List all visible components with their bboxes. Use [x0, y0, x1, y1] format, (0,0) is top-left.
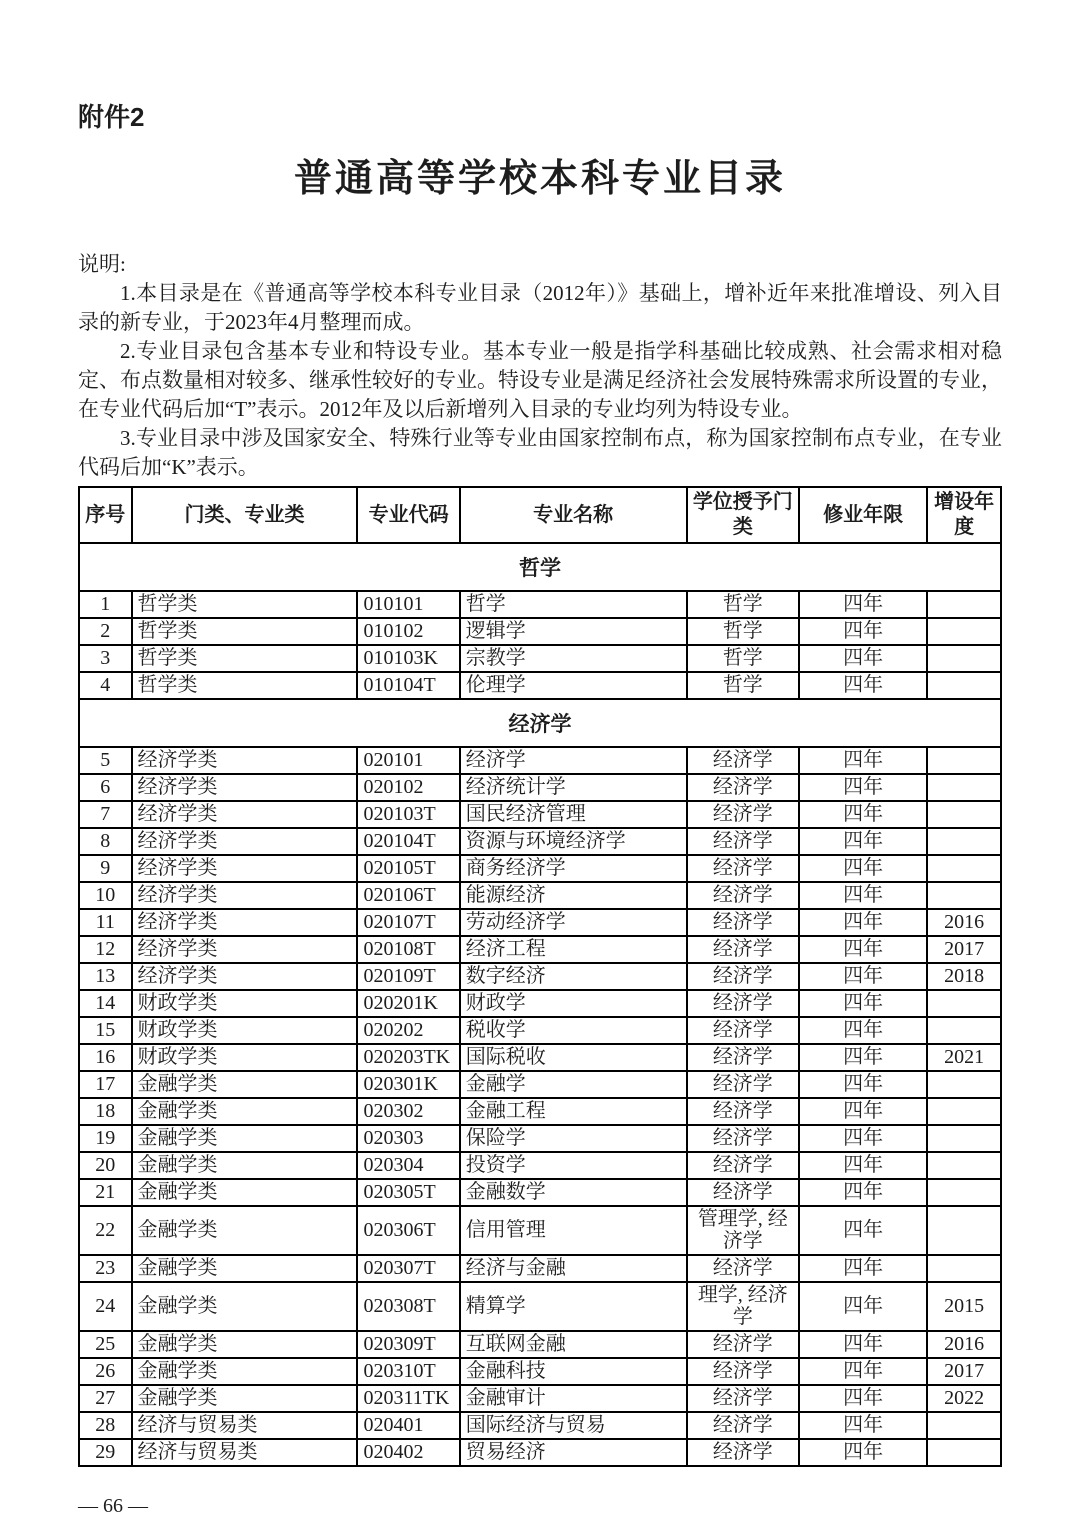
note-paragraph-3: 3.专业目录中涉及国家安全、特殊行业等专业由国家控制布点，称为国家控制布点专业，… — [78, 424, 1002, 482]
table-row: 12经济学类020108T经济工程经济学四年2017 — [79, 936, 1001, 963]
cell-degree: 经济学 — [687, 801, 799, 828]
header-cell-no: 序号 — [79, 487, 132, 543]
cell-code: 020307T — [357, 1255, 459, 1282]
cell-year_added — [927, 645, 1001, 672]
cell-years: 四年 — [799, 1179, 927, 1206]
cell-no: 27 — [79, 1385, 132, 1412]
cell-name: 能源经济 — [460, 882, 687, 909]
table-row: 18金融学类020302金融工程经济学四年 — [79, 1098, 1001, 1125]
cell-degree: 哲学 — [687, 618, 799, 645]
table-row: 17金融学类020301K金融学经济学四年 — [79, 1071, 1001, 1098]
cell-year_added — [927, 990, 1001, 1017]
cell-code: 010104T — [357, 672, 459, 699]
cell-year_added — [927, 1255, 1001, 1282]
cell-year_added — [927, 1179, 1001, 1206]
header-cell-name: 专业名称 — [460, 487, 687, 543]
cell-years: 四年 — [799, 1017, 927, 1044]
cell-name: 经济统计学 — [460, 774, 687, 801]
cell-code: 020107T — [357, 909, 459, 936]
cell-degree: 经济学 — [687, 774, 799, 801]
cell-name: 劳动经济学 — [460, 909, 687, 936]
cell-degree: 管理学, 经济学 — [687, 1206, 799, 1255]
table-row: 28经济与贸易类020401国际经济与贸易经济学四年 — [79, 1412, 1001, 1439]
cell-code: 020302 — [357, 1098, 459, 1125]
cell-year_added — [927, 855, 1001, 882]
cell-code: 020402 — [357, 1439, 459, 1466]
cell-year_added — [927, 672, 1001, 699]
cell-code: 020311TK — [357, 1385, 459, 1412]
cell-degree: 哲学 — [687, 672, 799, 699]
header-cell-year-added: 增设年度 — [927, 487, 1001, 543]
table-header-row: 序号 门类、专业类 专业代码 专业名称 学位授予门类 修业年限 增设年度 — [79, 487, 1001, 543]
cell-code: 010101 — [357, 591, 459, 618]
cell-name: 哲学 — [460, 591, 687, 618]
cell-no: 12 — [79, 936, 132, 963]
cell-no: 16 — [79, 1044, 132, 1071]
cell-category: 金融学类 — [132, 1331, 358, 1358]
cell-name: 保险学 — [460, 1125, 687, 1152]
page-title: 普通高等学校本科专业目录 — [78, 154, 1002, 204]
cell-code: 020102 — [357, 774, 459, 801]
table-row: 10经济学类020106T能源经济经济学四年 — [79, 882, 1001, 909]
cell-no: 14 — [79, 990, 132, 1017]
cell-years: 四年 — [799, 672, 927, 699]
cell-code: 020401 — [357, 1412, 459, 1439]
cell-category: 财政学类 — [132, 1017, 358, 1044]
cell-code: 020101 — [357, 747, 459, 774]
cell-name: 国际经济与贸易 — [460, 1412, 687, 1439]
table-row: 6经济学类020102经济统计学经济学四年 — [79, 774, 1001, 801]
cell-year_added: 2017 — [927, 936, 1001, 963]
cell-year_added: 2017 — [927, 1358, 1001, 1385]
cell-category: 金融学类 — [132, 1152, 358, 1179]
cell-name: 财政学 — [460, 990, 687, 1017]
cell-years: 四年 — [799, 1098, 927, 1125]
cell-degree: 经济学 — [687, 963, 799, 990]
catalog-table-body: 哲学1哲学类010101哲学哲学四年2哲学类010102逻辑学哲学四年3哲学类0… — [79, 543, 1001, 1466]
cell-name: 投资学 — [460, 1152, 687, 1179]
cell-year_added: 2015 — [927, 1282, 1001, 1331]
cell-years: 四年 — [799, 936, 927, 963]
cell-years: 四年 — [799, 1071, 927, 1098]
table-row: 5经济学类020101经济学经济学四年 — [79, 747, 1001, 774]
cell-year_added — [927, 591, 1001, 618]
cell-code: 020308T — [357, 1282, 459, 1331]
cell-category: 哲学类 — [132, 672, 358, 699]
table-section-row: 哲学 — [79, 543, 1001, 591]
cell-degree: 哲学 — [687, 645, 799, 672]
cell-years: 四年 — [799, 909, 927, 936]
cell-years: 四年 — [799, 1282, 927, 1331]
cell-years: 四年 — [799, 774, 927, 801]
cell-name: 经济与金融 — [460, 1255, 687, 1282]
cell-name: 精算学 — [460, 1282, 687, 1331]
cell-name: 金融数学 — [460, 1179, 687, 1206]
cell-no: 7 — [79, 801, 132, 828]
table-row: 7经济学类020103T国民经济管理经济学四年 — [79, 801, 1001, 828]
cell-years: 四年 — [799, 963, 927, 990]
cell-name: 经济学 — [460, 747, 687, 774]
cell-year_added — [927, 1098, 1001, 1125]
cell-code: 020306T — [357, 1206, 459, 1255]
cell-category: 财政学类 — [132, 990, 358, 1017]
cell-year_added — [927, 618, 1001, 645]
cell-category: 经济学类 — [132, 801, 358, 828]
cell-name: 税收学 — [460, 1017, 687, 1044]
cell-name: 商务经济学 — [460, 855, 687, 882]
cell-year_added — [927, 774, 1001, 801]
cell-category: 哲学类 — [132, 591, 358, 618]
cell-year_added: 2021 — [927, 1044, 1001, 1071]
cell-no: 26 — [79, 1358, 132, 1385]
cell-name: 金融学 — [460, 1071, 687, 1098]
cell-year_added — [927, 801, 1001, 828]
cell-code: 020303 — [357, 1125, 459, 1152]
cell-years: 四年 — [799, 1152, 927, 1179]
page-number: — 66 — — [78, 1493, 1002, 1519]
cell-year_added — [927, 1206, 1001, 1255]
note-paragraph-2: 2.专业目录包含基本专业和特设专业。基本专业一般是指学科基础比较成熟、社会需求相… — [78, 337, 1002, 424]
cell-code: 020305T — [357, 1179, 459, 1206]
cell-code: 020106T — [357, 882, 459, 909]
cell-name: 金融审计 — [460, 1385, 687, 1412]
note-paragraph-1: 1.本目录是在《普通高等学校本科专业目录（2012年）》基础上，增补近年来批准增… — [78, 279, 1002, 337]
cell-no: 10 — [79, 882, 132, 909]
cell-degree: 经济学 — [687, 1098, 799, 1125]
cell-degree: 哲学 — [687, 591, 799, 618]
major-catalog-table: 序号 门类、专业类 专业代码 专业名称 学位授予门类 修业年限 增设年度 哲学1… — [78, 486, 1002, 1467]
cell-degree: 经济学 — [687, 990, 799, 1017]
cell-no: 1 — [79, 591, 132, 618]
cell-category: 经济学类 — [132, 774, 358, 801]
cell-no: 24 — [79, 1282, 132, 1331]
cell-year_added — [927, 1439, 1001, 1466]
cell-name: 资源与环境经济学 — [460, 828, 687, 855]
cell-category: 金融学类 — [132, 1282, 358, 1331]
cell-category: 金融学类 — [132, 1255, 358, 1282]
cell-degree: 理学, 经济学 — [687, 1282, 799, 1331]
cell-degree: 经济学 — [687, 1152, 799, 1179]
section-label: 哲学 — [79, 543, 1001, 591]
cell-category: 哲学类 — [132, 618, 358, 645]
cell-degree: 经济学 — [687, 936, 799, 963]
cell-years: 四年 — [799, 1439, 927, 1466]
cell-category: 经济学类 — [132, 909, 358, 936]
cell-years: 四年 — [799, 1412, 927, 1439]
cell-degree: 经济学 — [687, 1439, 799, 1466]
table-row: 20金融学类020304投资学经济学四年 — [79, 1152, 1001, 1179]
cell-name: 国民经济管理 — [460, 801, 687, 828]
cell-name: 贸易经济 — [460, 1439, 687, 1466]
notes-heading: 说明: — [78, 250, 1002, 279]
cell-years: 四年 — [799, 1125, 927, 1152]
cell-years: 四年 — [799, 645, 927, 672]
cell-degree: 经济学 — [687, 1358, 799, 1385]
section-label: 经济学 — [79, 699, 1001, 747]
cell-name: 伦理学 — [460, 672, 687, 699]
table-row: 3哲学类010103K宗教学哲学四年 — [79, 645, 1001, 672]
cell-degree: 经济学 — [687, 855, 799, 882]
cell-degree: 经济学 — [687, 1255, 799, 1282]
header-cell-years: 修业年限 — [799, 487, 927, 543]
cell-code: 020304 — [357, 1152, 459, 1179]
cell-no: 11 — [79, 909, 132, 936]
cell-degree: 经济学 — [687, 1179, 799, 1206]
cell-year_added: 2022 — [927, 1385, 1001, 1412]
table-row: 8经济学类020104T资源与环境经济学经济学四年 — [79, 828, 1001, 855]
cell-no: 8 — [79, 828, 132, 855]
cell-degree: 经济学 — [687, 1125, 799, 1152]
cell-code: 020201K — [357, 990, 459, 1017]
table-row: 2哲学类010102逻辑学哲学四年 — [79, 618, 1001, 645]
cell-category: 金融学类 — [132, 1098, 358, 1125]
cell-degree: 经济学 — [687, 1044, 799, 1071]
cell-years: 四年 — [799, 828, 927, 855]
cell-category: 经济学类 — [132, 963, 358, 990]
cell-no: 28 — [79, 1412, 132, 1439]
table-row: 29经济与贸易类020402贸易经济经济学四年 — [79, 1439, 1001, 1466]
cell-year_added: 2018 — [927, 963, 1001, 990]
cell-name: 数字经济 — [460, 963, 687, 990]
cell-no: 25 — [79, 1331, 132, 1358]
cell-no: 20 — [79, 1152, 132, 1179]
cell-year_added — [927, 1071, 1001, 1098]
cell-category: 经济与贸易类 — [132, 1412, 358, 1439]
table-row: 9经济学类020105T商务经济学经济学四年 — [79, 855, 1001, 882]
cell-year_added — [927, 1412, 1001, 1439]
header-cell-code: 专业代码 — [357, 487, 459, 543]
cell-code: 020202 — [357, 1017, 459, 1044]
cell-year_added: 2016 — [927, 1331, 1001, 1358]
table-row: 25金融学类020309T互联网金融经济学四年2016 — [79, 1331, 1001, 1358]
cell-code: 020104T — [357, 828, 459, 855]
cell-code: 020103T — [357, 801, 459, 828]
cell-degree: 经济学 — [687, 1412, 799, 1439]
table-row: 16财政学类020203TK国际税收经济学四年2021 — [79, 1044, 1001, 1071]
cell-category: 经济学类 — [132, 828, 358, 855]
document-page: 附件2 普通高等学校本科专业目录 说明: 1.本目录是在《普通高等学校本科专业目… — [78, 0, 1002, 1519]
cell-years: 四年 — [799, 855, 927, 882]
cell-no: 21 — [79, 1179, 132, 1206]
cell-no: 15 — [79, 1017, 132, 1044]
cell-years: 四年 — [799, 882, 927, 909]
cell-year_added — [927, 828, 1001, 855]
cell-years: 四年 — [799, 990, 927, 1017]
cell-category: 金融学类 — [132, 1179, 358, 1206]
table-row: 13经济学类020109T数字经济经济学四年2018 — [79, 963, 1001, 990]
cell-years: 四年 — [799, 1255, 927, 1282]
attachment-label: 附件2 — [78, 100, 1002, 134]
cell-no: 13 — [79, 963, 132, 990]
cell-name: 信用管理 — [460, 1206, 687, 1255]
cell-category: 金融学类 — [132, 1206, 358, 1255]
table-row: 1哲学类010101哲学哲学四年 — [79, 591, 1001, 618]
cell-no: 29 — [79, 1439, 132, 1466]
cell-category: 经济学类 — [132, 882, 358, 909]
cell-no: 4 — [79, 672, 132, 699]
cell-years: 四年 — [799, 1331, 927, 1358]
table-row: 19金融学类020303保险学经济学四年 — [79, 1125, 1001, 1152]
cell-years: 四年 — [799, 1358, 927, 1385]
cell-code: 010102 — [357, 618, 459, 645]
cell-category: 金融学类 — [132, 1385, 358, 1412]
table-row: 22金融学类020306T信用管理管理学, 经济学四年 — [79, 1206, 1001, 1255]
table-section-row: 经济学 — [79, 699, 1001, 747]
table-row: 14财政学类020201K财政学经济学四年 — [79, 990, 1001, 1017]
cell-category: 经济学类 — [132, 855, 358, 882]
cell-degree: 经济学 — [687, 909, 799, 936]
cell-category: 经济学类 — [132, 936, 358, 963]
cell-name: 互联网金融 — [460, 1331, 687, 1358]
cell-code: 020301K — [357, 1071, 459, 1098]
cell-name: 国际税收 — [460, 1044, 687, 1071]
cell-no: 18 — [79, 1098, 132, 1125]
cell-code: 020309T — [357, 1331, 459, 1358]
cell-year_added — [927, 1017, 1001, 1044]
cell-category: 金融学类 — [132, 1071, 358, 1098]
cell-category: 金融学类 — [132, 1125, 358, 1152]
cell-no: 22 — [79, 1206, 132, 1255]
cell-degree: 经济学 — [687, 828, 799, 855]
cell-degree: 经济学 — [687, 882, 799, 909]
cell-category: 经济学类 — [132, 747, 358, 774]
table-row: 15财政学类020202税收学经济学四年 — [79, 1017, 1001, 1044]
cell-year_added: 2016 — [927, 909, 1001, 936]
cell-degree: 经济学 — [687, 1331, 799, 1358]
cell-no: 5 — [79, 747, 132, 774]
cell-degree: 经济学 — [687, 1071, 799, 1098]
table-row: 11经济学类020107T劳动经济学经济学四年2016 — [79, 909, 1001, 936]
cell-code: 020203TK — [357, 1044, 459, 1071]
cell-name: 宗教学 — [460, 645, 687, 672]
cell-no: 19 — [79, 1125, 132, 1152]
table-row: 23金融学类020307T经济与金融经济学四年 — [79, 1255, 1001, 1282]
cell-degree: 经济学 — [687, 1385, 799, 1412]
table-row: 26金融学类020310T金融科技经济学四年2017 — [79, 1358, 1001, 1385]
cell-category: 金融学类 — [132, 1358, 358, 1385]
table-row: 27金融学类020311TK金融审计经济学四年2022 — [79, 1385, 1001, 1412]
cell-code: 010103K — [357, 645, 459, 672]
cell-name: 逻辑学 — [460, 618, 687, 645]
cell-years: 四年 — [799, 591, 927, 618]
cell-no: 3 — [79, 645, 132, 672]
cell-year_added — [927, 1152, 1001, 1179]
table-row: 24金融学类020308T精算学理学, 经济学四年2015 — [79, 1282, 1001, 1331]
notes-section: 说明: 1.本目录是在《普通高等学校本科专业目录（2012年）》基础上，增补近年… — [78, 250, 1002, 482]
cell-name: 经济工程 — [460, 936, 687, 963]
cell-no: 6 — [79, 774, 132, 801]
cell-code: 020105T — [357, 855, 459, 882]
cell-years: 四年 — [799, 1044, 927, 1071]
cell-no: 23 — [79, 1255, 132, 1282]
cell-name: 金融科技 — [460, 1358, 687, 1385]
cell-code: 020310T — [357, 1358, 459, 1385]
cell-code: 020108T — [357, 936, 459, 963]
cell-years: 四年 — [799, 801, 927, 828]
table-row: 4哲学类010104T伦理学哲学四年 — [79, 672, 1001, 699]
cell-name: 金融工程 — [460, 1098, 687, 1125]
cell-category: 哲学类 — [132, 645, 358, 672]
cell-years: 四年 — [799, 1206, 927, 1255]
cell-no: 2 — [79, 618, 132, 645]
cell-category: 经济与贸易类 — [132, 1439, 358, 1466]
header-cell-category: 门类、专业类 — [132, 487, 358, 543]
cell-no: 17 — [79, 1071, 132, 1098]
table-row: 21金融学类020305T金融数学经济学四年 — [79, 1179, 1001, 1206]
cell-degree: 经济学 — [687, 747, 799, 774]
cell-year_added — [927, 1125, 1001, 1152]
cell-years: 四年 — [799, 618, 927, 645]
cell-category: 财政学类 — [132, 1044, 358, 1071]
cell-no: 9 — [79, 855, 132, 882]
cell-years: 四年 — [799, 1385, 927, 1412]
cell-year_added — [927, 747, 1001, 774]
cell-code: 020109T — [357, 963, 459, 990]
header-cell-degree: 学位授予门类 — [687, 487, 799, 543]
cell-years: 四年 — [799, 747, 927, 774]
cell-year_added — [927, 882, 1001, 909]
cell-degree: 经济学 — [687, 1017, 799, 1044]
